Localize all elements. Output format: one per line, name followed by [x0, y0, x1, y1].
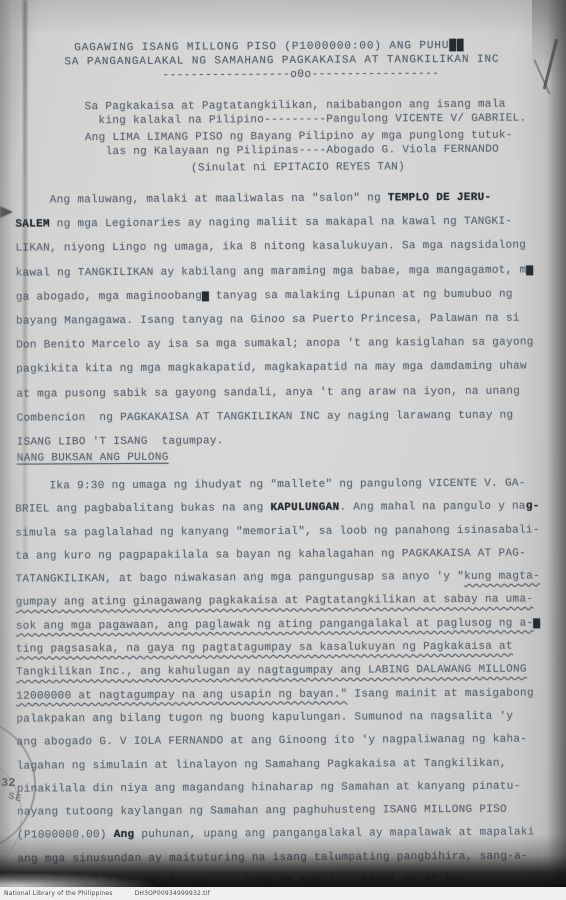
text-line: lagahan ng simulain at linalayon ng Sama… [17, 752, 542, 779]
text-segment: LIKAN, niyong Lingo ng umaga, ika 8 nito… [15, 240, 526, 255]
text-line: palakpakan ang bilang tugon ng buong kap… [16, 705, 541, 732]
text-line: BRIEL ang pagbabalitang bukas na ang KAP… [15, 496, 540, 523]
text-line: kawal ng TANGKILIKAN ay kabilang ang mar… [16, 258, 534, 285]
text-segment: Ang LIMA LIMANG PISO ng Bayang Pilipino … [85, 130, 513, 145]
text-segment: Don Benito Marcelo ay isa sa mga sumakal… [16, 337, 534, 352]
text-segment: ISANG LIBO 'T ISANG tagumpay. [17, 435, 224, 448]
text-segment: tanyag sa malaking Lipunan at ng bumubuo… [209, 288, 513, 302]
text-segment: ga abogado, mga maginoobang [16, 290, 202, 303]
ink-blot: ██ [449, 40, 464, 52]
section-heading-text: NANG BUKSAN ANG PULONG [17, 452, 169, 465]
epigraph-1: Sa Pagkakaisa at Pagtatangkilikan, naiba… [85, 99, 527, 129]
text-segment: BRIEL ang pagbabalitang bukas na ang [15, 502, 270, 516]
text-segment: Ang maluwang, malaki at maaliwalas na "s… [15, 192, 388, 206]
text-line: ta ang kuro ng pagpapakilala sa bayan ng… [15, 542, 540, 569]
byline: (Sinulat ni EPITACIO REYES TAN) [191, 161, 405, 174]
text-segment: Combencion ng PAGKAKAISA AT TANGKILIKAN … [17, 409, 514, 424]
paragraph-2: Ika 9:30 ng umaga ng ihudyat ng "mallete… [15, 472, 542, 895]
text-line: pinakilala din niya ang magandang hinaha… [17, 775, 542, 802]
text-segment: KAPULUNGAN [270, 502, 339, 514]
text-line: ting pagsasaka, na gaya ng pagtatagumpay… [16, 636, 541, 663]
text-line: pagkikita kita ng mga magkakapatid, magk… [16, 355, 534, 382]
text-line: at mga pusong sabik sa gayong sandali, a… [16, 379, 534, 406]
bottom-scan-shadow [0, 834, 566, 888]
epigraph-2: Ang LIMA LIMANG PISO ng Bayang Pilipino … [85, 130, 513, 160]
text-segment: ▆ [533, 617, 540, 629]
text-segment: ▆ [526, 264, 533, 276]
scan-footer: National Library of the Philippines DH3O… [0, 887, 566, 900]
document-page: GAGAWING ISANG MILLONG PISO (P1000000:00… [0, 0, 566, 900]
separator-line: ------------------o0o------------------ [162, 67, 499, 83]
text-segment: pagkikita kita ng mga magkakapatid, magk… [16, 361, 527, 376]
text-segment: Sa Pagkakaisa at Pagtatangkilikan, naiba… [85, 99, 506, 114]
text-line: gumpay ang ating ginagawang pagkakaisa a… [16, 589, 541, 616]
document-title: GAGAWING ISANG MILLONG PISO (P1000000:00… [64, 39, 499, 84]
text-segment: kung magta- [464, 571, 540, 583]
text-line: ang abogado G. V IOLA FERNANDO at ang Gi… [16, 729, 541, 756]
text-segment: gumpay ang ating ginagawang pagkakaisa a… [16, 594, 534, 609]
text-segment: 12000000 at nagtagumpay na ang usapin ng… [16, 688, 347, 702]
top-right-shadow [532, 0, 566, 130]
text-line: ISANG LIBO 'T ISANG tagumpay. [17, 428, 535, 455]
text-segment: palakpakan ang bilang tugon ng buong kap… [16, 711, 513, 726]
text-line: Ika 9:30 ng umaga ng ihudyat ng "mallete… [15, 472, 540, 499]
text-segment: . Ang mahal na pangulo y na [339, 501, 525, 514]
text-line: SALEM ng mga Legionaries ay naging malii… [15, 210, 533, 237]
page-crease [23, 0, 27, 560]
text-segment: sok ang mga pagawaan, ang paglawak ng at… [16, 617, 534, 632]
text-line: 12000000 at nagtagumpay na ang usapin ng… [16, 682, 541, 709]
text-segment: bayang Mangagawa. Isang tanyag na Ginoo … [16, 313, 520, 328]
text-line: Combencion ng PAGKAKAISA AT TANGKILIKAN … [16, 403, 534, 430]
title-text: GAGAWING ISANG MILLONG PISO (P1000000:00… [74, 40, 449, 54]
text-segment: TATANGKILIKAN, at bago niwakasan ang mga… [16, 571, 465, 586]
text-line: TATANGKILIKAN, at bago niwakasan ang mga… [15, 566, 540, 593]
text-segment: TEMPLO DE JERU- [388, 192, 492, 205]
text-line: LIKAN, niyong Lingo ng umaga, ika 8 nito… [15, 234, 533, 261]
text-line: nayang tutoong kaylangan ng Samahan ang … [17, 799, 542, 826]
text-segment: ting pagsasaka, na gaya ng pagtatagumpay… [16, 641, 513, 656]
text-line: sok ang mga pagawaan, ang paglawak ng at… [16, 612, 541, 639]
text-line: Tangkilikan Inc., ang kahulugan ay nagta… [16, 659, 541, 686]
text-segment: Tangkilikan Inc., ang kahulugan ay nagta… [16, 664, 527, 679]
right-edge-shadow [548, 0, 566, 900]
text-segment: king kalakal na Pilipino---------Pangulo… [85, 112, 527, 127]
paragraph-1: Ang maluwang, malaki at maaliwalas na "s… [15, 185, 534, 454]
text-segment: Ika 9:30 ng umaga ng ihudyat ng "mallete… [15, 478, 526, 493]
text-segment: lagahan ng simulain at linalayon ng Sama… [17, 757, 507, 772]
text-segment: g- [526, 501, 540, 513]
text-line: Ang maluwang, malaki at maaliwalas na "s… [15, 185, 533, 212]
text-line: Don Benito Marcelo ay isa sa mga sumakal… [16, 331, 534, 358]
text-line: bayang Mangagawa. Isang tanyag na Ginoo … [16, 306, 534, 333]
text-segment: pinakilala din niya ang magandang hinaha… [17, 780, 521, 795]
text-line: king kalakal na Pilipino---------Pangulo… [85, 112, 527, 128]
text-line: ga abogado, mga maginoobang▆ tanyag sa m… [16, 282, 534, 309]
text-segment: ng mga Legionaries ay naging maliit sa m… [50, 216, 512, 231]
scan-filename: DH3OP00934999932.tif [135, 890, 210, 897]
text-segment: nayang tutoong kaylangan ng Samahan ang … [17, 804, 507, 819]
text-segment: las ng Kalayaan ng Pilipinas----Abogado … [85, 143, 499, 158]
text-segment: ta ang kuro ng pagpapakilala sa bayan ng… [15, 547, 526, 562]
text-segment: Isang mainit at masigabong [347, 687, 533, 700]
document-text: GAGAWING ISANG MILLONG PISO (P1000000:00… [0, 0, 566, 900]
text-segment: at mga pusong sabik sa gayong sandali, a… [16, 385, 520, 400]
text-segment: simula sa paglalahad ng kanyang "memoria… [15, 524, 540, 539]
text-line: simula sa paglalahad ng kanyang "memoria… [15, 519, 540, 546]
text-segment: ang abogado G. V IOLA FERNANDO at ang Gi… [16, 734, 527, 749]
text-segment: kawal ng TANGKILIKAN ay kabilang ang mar… [16, 264, 527, 279]
library-name: National Library of the Philippines [4, 890, 113, 897]
section-heading: NANG BUKSAN ANG PULONG [17, 452, 169, 465]
text-line: las ng Kalayaan ng Pilipinas----Abogado … [85, 143, 513, 159]
